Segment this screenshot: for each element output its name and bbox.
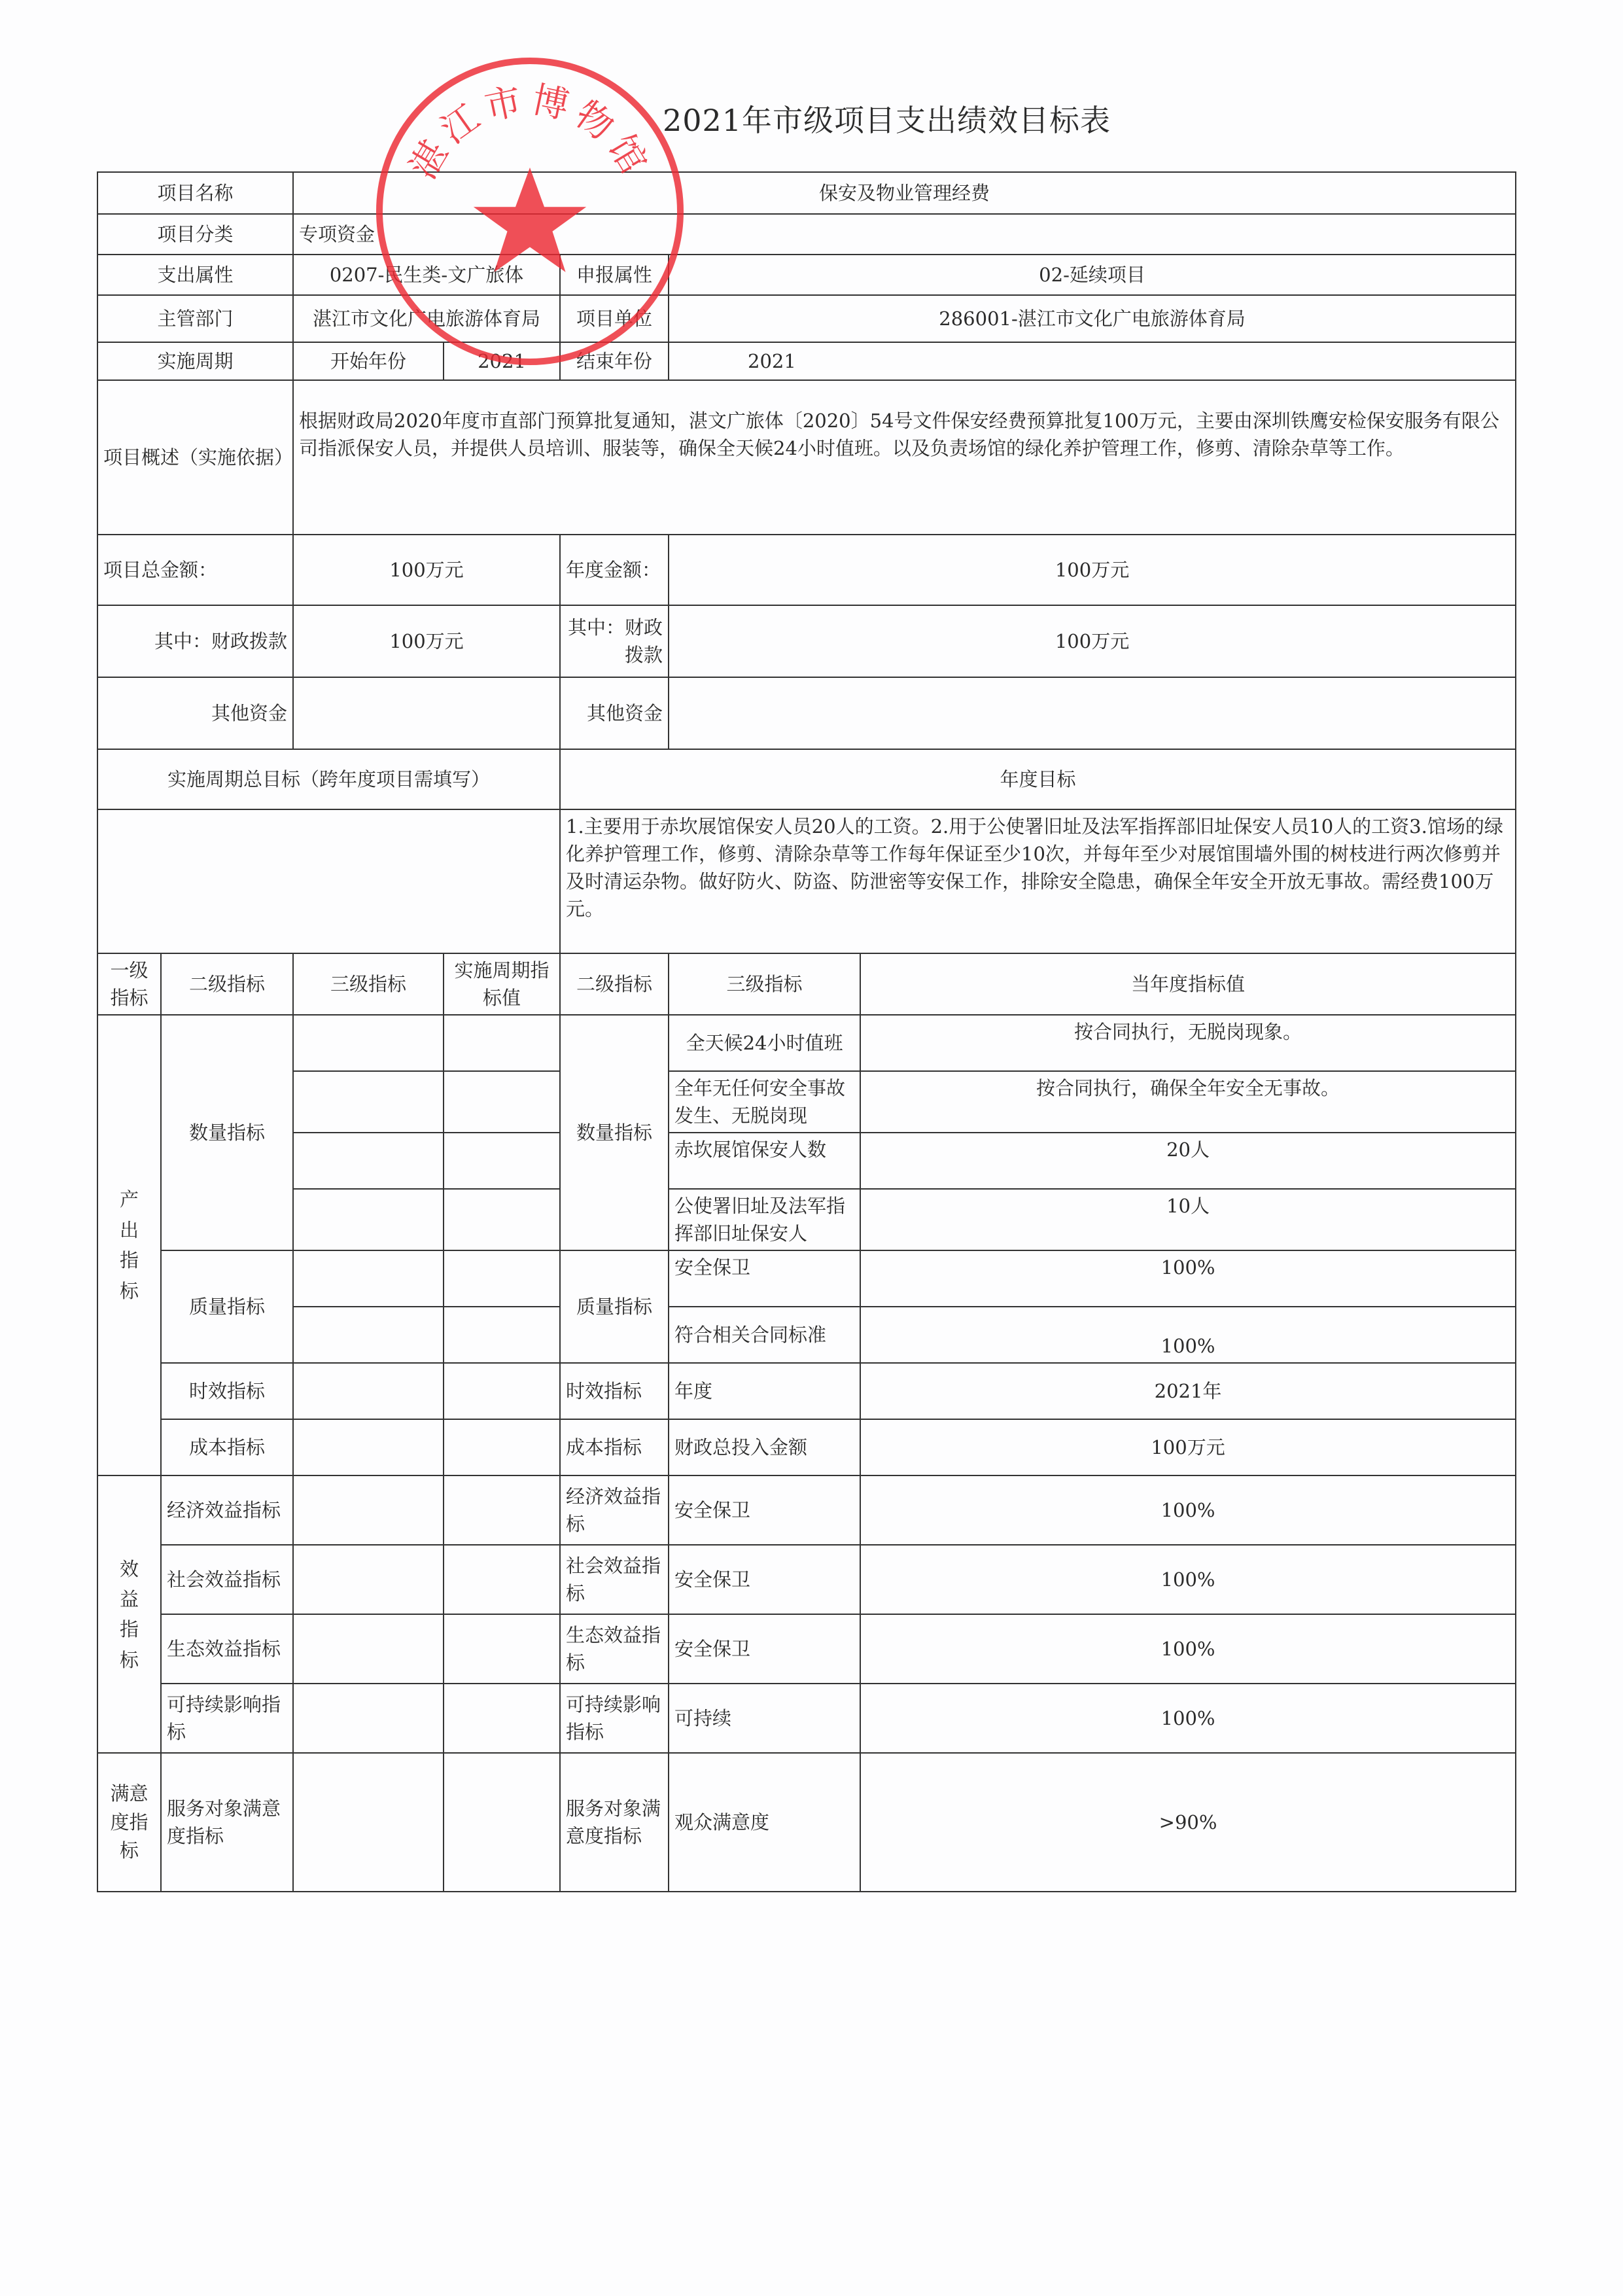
- period-value-cell: [444, 1545, 560, 1614]
- table-row: 公使署旧址及法军指挥部旧址保安人 10人: [97, 1189, 1516, 1250]
- fiscal-value: 100万元: [293, 605, 560, 677]
- benefit-level2-annual: 经济效益指标: [560, 1475, 669, 1545]
- quality-value: 100%: [860, 1307, 1516, 1363]
- period-value-cell: [444, 1684, 560, 1753]
- quantity-level3: 赤坎展馆保安人数: [669, 1133, 860, 1189]
- quantity-level3: 全天候24小时值班: [669, 1015, 860, 1071]
- benefit-level3: 安全保卫: [669, 1475, 860, 1545]
- header-level2-annual: 二级指标: [560, 953, 669, 1015]
- table-row: 满意度指标 服务对象满意度指标 服务对象满意度指标 观众满意度 >90%: [97, 1753, 1516, 1892]
- dept-value: 湛江市文化广电旅游体育局: [293, 295, 560, 342]
- project-name-label: 项目名称: [97, 172, 293, 214]
- benefit-value: 100%: [860, 1545, 1516, 1614]
- annual-amount-value: 100万元: [669, 535, 1516, 605]
- total-amount-label: 项目总金额：: [97, 535, 293, 605]
- satisfaction-value: >90%: [860, 1753, 1516, 1892]
- header-level1: 一级指标: [97, 953, 161, 1015]
- header-level3-annual: 三级指标: [669, 953, 860, 1015]
- quantity-level3: 全年无任何安全事故发生、无脱岗现: [669, 1071, 860, 1133]
- satisfaction-level3: 观众满意度: [669, 1753, 860, 1892]
- table-row: 全年无任何安全事故发生、无脱岗现 按合同执行，确保全年安全无事故。: [97, 1071, 1516, 1133]
- group-benefit: 效益指标: [97, 1475, 161, 1753]
- quantity-value: 按合同执行，无脱岗现象。: [860, 1015, 1516, 1071]
- period-level3-cell: [293, 1419, 444, 1475]
- timeliness-value: 2021年: [860, 1363, 1516, 1419]
- annual-fiscal-label: 其中：财政拨款: [560, 605, 669, 677]
- quality-level3: 安全保卫: [669, 1250, 860, 1307]
- benefit-level3: 可持续: [669, 1684, 860, 1753]
- group-output: 产出指标: [97, 1015, 161, 1475]
- benefit-level2-annual: 社会效益指标: [560, 1545, 669, 1614]
- expense-attr-label: 支出属性: [97, 255, 293, 295]
- satisfaction-level2-annual: 服务对象满意度指标: [560, 1753, 669, 1892]
- expense-attr-value: 0207-民生类-文广旅体: [293, 255, 560, 295]
- header-level2: 二级指标: [161, 953, 293, 1015]
- satisfaction-level2: 服务对象满意度指标: [161, 1753, 293, 1892]
- annual-quality-label: 质量指标: [560, 1250, 669, 1363]
- total-amount-value: 100万元: [293, 535, 560, 605]
- period-value-cell: [444, 1015, 560, 1071]
- other-funds-value: [293, 677, 560, 749]
- overview-text: 根据财政局2020年度市直部门预算批复通知，湛文广旅体〔2020〕54号文件保安…: [293, 380, 1516, 535]
- period-level3-cell: [293, 1614, 444, 1684]
- period-level3-cell: [293, 1545, 444, 1614]
- period-value-cell: [444, 1189, 560, 1250]
- annual-quantity-label: 数量指标: [560, 1015, 669, 1250]
- benefit-level2: 社会效益指标: [161, 1545, 293, 1614]
- annual-amount-label: 年度金额：: [560, 535, 669, 605]
- period-level3-cell: [293, 1071, 444, 1133]
- benefit-value: 100%: [860, 1614, 1516, 1684]
- table-row: 成本指标 成本指标 财政总投入金额 100万元: [97, 1419, 1516, 1475]
- quality-value: 100%: [860, 1250, 1516, 1307]
- period-level3-cell: [293, 1250, 444, 1307]
- output-cost-label: 成本指标: [161, 1419, 293, 1475]
- output-timeliness-label: 时效指标: [161, 1363, 293, 1419]
- period-value-cell: [444, 1071, 560, 1133]
- benefit-level2: 生态效益指标: [161, 1614, 293, 1684]
- unit-label: 项目单位: [560, 295, 669, 342]
- period-level3-cell: [293, 1363, 444, 1419]
- benefit-level2: 可持续影响指标: [161, 1684, 293, 1753]
- dept-label: 主管部门: [97, 295, 293, 342]
- start-year-label: 开始年份: [293, 342, 444, 380]
- annual-other-funds-label: 其他资金: [560, 677, 669, 749]
- annual-timeliness-label: 时效指标: [560, 1363, 669, 1419]
- period-goal-label: 实施周期总目标（跨年度项目需填写）: [97, 749, 560, 809]
- period-value-cell: [444, 1419, 560, 1475]
- table-row: 时效指标 时效指标 年度 2021年: [97, 1363, 1516, 1419]
- benefit-level2: 经济效益指标: [161, 1475, 293, 1545]
- document-title: 2021年市级项目支出绩效目标表: [0, 97, 1623, 140]
- period-level3-cell: [293, 1307, 444, 1363]
- period-level3-cell: [293, 1133, 444, 1189]
- performance-target-table: 项目名称 保安及物业管理经费 项目分类 专项资金 支出属性 0207-民生类-文…: [97, 171, 1515, 1892]
- benefit-level3: 安全保卫: [669, 1614, 860, 1684]
- header-period-value: 实施周期指标值: [444, 953, 560, 1015]
- period-value-cell: [444, 1614, 560, 1684]
- cost-value: 100万元: [860, 1419, 1516, 1475]
- period-value-cell: [444, 1250, 560, 1307]
- unit-value: 286001-湛江市文化广电旅游体育局: [669, 295, 1516, 342]
- other-funds-label: 其他资金: [97, 677, 293, 749]
- fiscal-label: 其中：财政拨款: [97, 605, 293, 677]
- period-value-cell: [444, 1307, 560, 1363]
- period-level3-cell: [293, 1684, 444, 1753]
- period-label: 实施周期: [97, 342, 293, 380]
- quantity-value: 10人: [860, 1189, 1516, 1250]
- annual-fiscal-value: 100万元: [669, 605, 1516, 677]
- output-quality-label: 质量指标: [161, 1250, 293, 1363]
- end-year-value: 2021: [669, 342, 1516, 380]
- table-row: 符合相关合同标准 100%: [97, 1307, 1516, 1363]
- period-level3-cell: [293, 1189, 444, 1250]
- period-value-cell: [444, 1363, 560, 1419]
- annual-goal-text: 1.主要用于赤坎展馆保安人员20人的工资。2.用于公使署旧址及法军指挥部旧址保安…: [560, 809, 1516, 953]
- benefit-value: 100%: [860, 1684, 1516, 1753]
- quantity-value: 20人: [860, 1133, 1516, 1189]
- overview-label: 项目概述（实施依据）: [97, 380, 293, 535]
- annual-goal-label: 年度目标: [560, 749, 1516, 809]
- table-row: 产出指标 数量指标 数量指标 全天候24小时值班 按合同执行，无脱岗现象。: [97, 1015, 1516, 1071]
- period-value-cell: [444, 1753, 560, 1892]
- period-level3-cell: [293, 1015, 444, 1071]
- period-goal-text: [97, 809, 560, 953]
- output-quantity-label: 数量指标: [161, 1015, 293, 1250]
- quantity-level3: 公使署旧址及法军指挥部旧址保安人: [669, 1189, 860, 1250]
- category-value: 专项资金: [293, 214, 1516, 255]
- table-row: 社会效益指标 社会效益指标 安全保卫 100%: [97, 1545, 1516, 1614]
- header-level3: 三级指标: [293, 953, 444, 1015]
- period-value-cell: [444, 1475, 560, 1545]
- table-row: 质量指标 质量指标 安全保卫 100%: [97, 1250, 1516, 1307]
- table-row: 生态效益指标 生态效益指标 安全保卫 100%: [97, 1614, 1516, 1684]
- category-label: 项目分类: [97, 214, 293, 255]
- start-year-value: 2021: [444, 342, 560, 380]
- period-level3-cell: [293, 1475, 444, 1545]
- table-row: 效益指标 经济效益指标 经济效益指标 安全保卫 100%: [97, 1475, 1516, 1545]
- table-row: 可持续影响指标 可持续影响指标 可持续 100%: [97, 1684, 1516, 1753]
- end-year-label: 结束年份: [560, 342, 669, 380]
- report-attr-value: 02-延续项目: [669, 255, 1516, 295]
- benefit-level2-annual: 可持续影响指标: [560, 1684, 669, 1753]
- benefit-value: 100%: [860, 1475, 1516, 1545]
- period-level3-cell: [293, 1753, 444, 1892]
- period-value-cell: [444, 1133, 560, 1189]
- annual-other-funds-value: [669, 677, 1516, 749]
- quality-level3: 符合相关合同标准: [669, 1307, 860, 1363]
- quantity-value: 按合同执行，确保全年安全无事故。: [860, 1071, 1516, 1133]
- group-satisfaction: 满意度指标: [97, 1753, 161, 1892]
- report-attr-label: 申报属性: [560, 255, 669, 295]
- benefit-level3: 安全保卫: [669, 1545, 860, 1614]
- table-row: 赤坎展馆保安人数 20人: [97, 1133, 1516, 1189]
- header-annual-value: 当年度指标值: [860, 953, 1516, 1015]
- cost-level3: 财政总投入金额: [669, 1419, 860, 1475]
- annual-cost-label: 成本指标: [560, 1419, 669, 1475]
- project-name-value: 保安及物业管理经费: [293, 172, 1516, 214]
- benefit-level2-annual: 生态效益指标: [560, 1614, 669, 1684]
- timeliness-level3: 年度: [669, 1363, 860, 1419]
